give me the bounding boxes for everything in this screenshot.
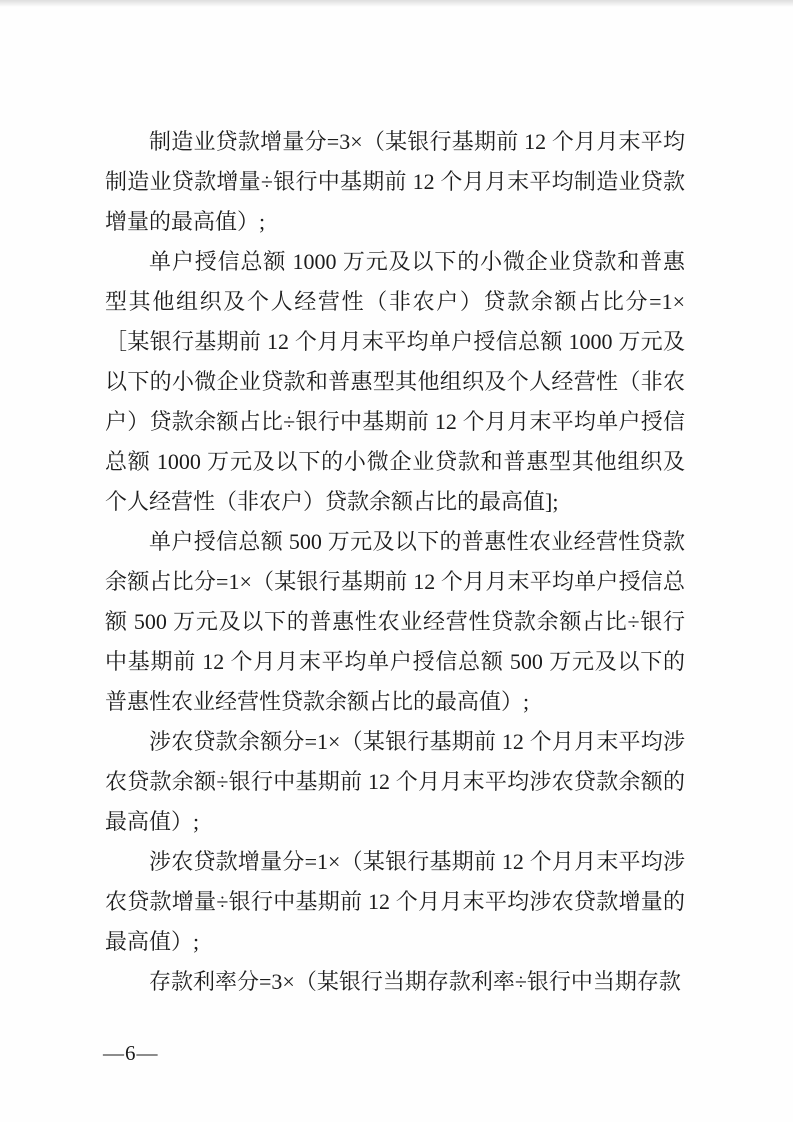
- page-number: —6—: [103, 1040, 159, 1066]
- para-inclusive-agri-500w-loan-ratio-score: 单户授信总额 500 万元及以下的普惠性农业经营性贷款余额占比分=1×（某银行基…: [105, 522, 685, 722]
- para-small-micro-enterprise-loan-ratio-score: 单户授信总额 1000 万元及以下的小微企业贷款和普惠型其他组织及个人经营性（非…: [105, 242, 685, 522]
- document-body: 制造业贷款增量分=3×（某银行基期前 12 个月月末平均制造业贷款增量÷银行中基…: [105, 122, 685, 1002]
- para-manufacturing-loan-increment-score: 制造业贷款增量分=3×（某银行基期前 12 个月月末平均制造业贷款增量÷银行中基…: [105, 122, 685, 242]
- para-deposit-rate-score: 存款利率分=3×（某银行当期存款利率÷银行中当期存款: [105, 962, 685, 1002]
- scan-artifact-top-edge: [0, 0, 793, 7]
- para-agri-loan-balance-score: 涉农贷款余额分=1×（某银行基期前 12 个月月末平均涉农贷款余额÷银行中基期前…: [105, 722, 685, 842]
- document-page: 制造业贷款增量分=3×（某银行基期前 12 个月月末平均制造业贷款增量÷银行中基…: [0, 0, 793, 1122]
- para-agri-loan-increment-score: 涉农贷款增量分=1×（某银行基期前 12 个月月末平均涉农贷款增量÷银行中基期前…: [105, 842, 685, 962]
